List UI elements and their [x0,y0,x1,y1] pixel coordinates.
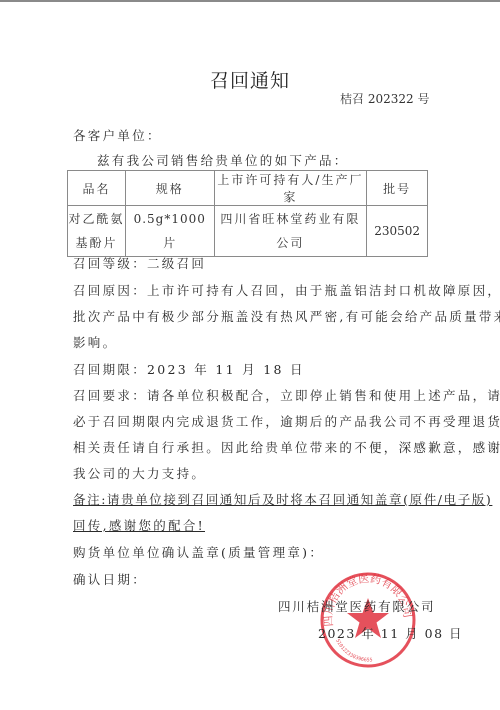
top-border [0,0,500,2]
issue-date: 2023 年 11 月 08 日 [318,624,463,642]
table-header-row: 品名 规格 上市许可持有人/生产厂家 批号 [68,171,428,206]
header-product-name: 品名 [68,171,126,206]
note-line2: 回传,感谢您的配合! [73,516,205,534]
page-title: 召回通知 [0,66,500,93]
cell-batch: 230502 [367,206,428,257]
recall-req-line1: 召回要求：请各单位积极配合，立即停止销售和使用上述产品，请务 [73,386,500,404]
company-seal-icon: 四川桔洲堂医药有限公司 510122330396655 [318,570,418,670]
note-line1: 备注:请贵单位接到召回通知后及时将本召回通知盖章(原件/电子版) [73,490,492,508]
header-batch: 批号 [367,171,428,206]
buyer-stamp-label: 购货单位单位确认盖章(质量管理章)： [73,543,324,561]
document-number: 桔召 202322 号 [340,90,429,107]
recall-req-line2: 必于召回期限内完成退货工作，逾期后的产品我公司不再受理退货， [73,412,500,430]
product-table: 品名 规格 上市许可持有人/生产厂家 批号 对乙酰氨 基酚片 0.5g*1000… [67,170,428,257]
recall-level: 召回等级：二级召回 [73,254,206,272]
product-name-line1: 对乙酰氨 [68,207,125,231]
cell-product-name: 对乙酰氨 基酚片 [68,206,126,257]
product-name-line2: 基酚片 [68,231,125,255]
recall-reason-line1: 召回原因：上市许可持有人召回，由于瓶盖铝洁封口机故障原因，该 [73,281,500,299]
svg-text:510122330396655: 510122330396655 [334,638,373,663]
cell-manufacturer: 四川省旺林堂药业有限公司 [214,206,367,257]
salutation: 各客户单位： [73,126,162,144]
table-row: 对乙酰氨 基酚片 0.5g*1000 片 四川省旺林堂药业有限公司 230502 [68,206,428,257]
header-manufacturer: 上市许可持有人/生产厂家 [214,171,367,206]
recall-reason-line3: 影响。 [73,333,117,351]
confirm-date-label: 确认日期： [73,570,147,588]
recall-deadline: 召回期限：2023 年 11 月 18 日 [73,360,305,378]
recall-reason-line2: 批次产品中有极少部分瓶盖没有热风严密,有可能会给产品质量带来 [73,307,500,325]
cell-spec: 0.5g*1000 片 [125,206,214,257]
intro-text: 兹有我公司销售给贵单位的如下产品： [97,151,349,169]
recall-req-line3: 相关责任请自行承担。因此给贵单位带来的不便，深感歉意，感谢对 [73,438,500,456]
issuer-name: 四川桔洲堂医药有限公司 [278,597,435,615]
recall-req-line4: 我公司的大力支持。 [73,464,206,482]
header-spec: 规格 [125,171,214,206]
